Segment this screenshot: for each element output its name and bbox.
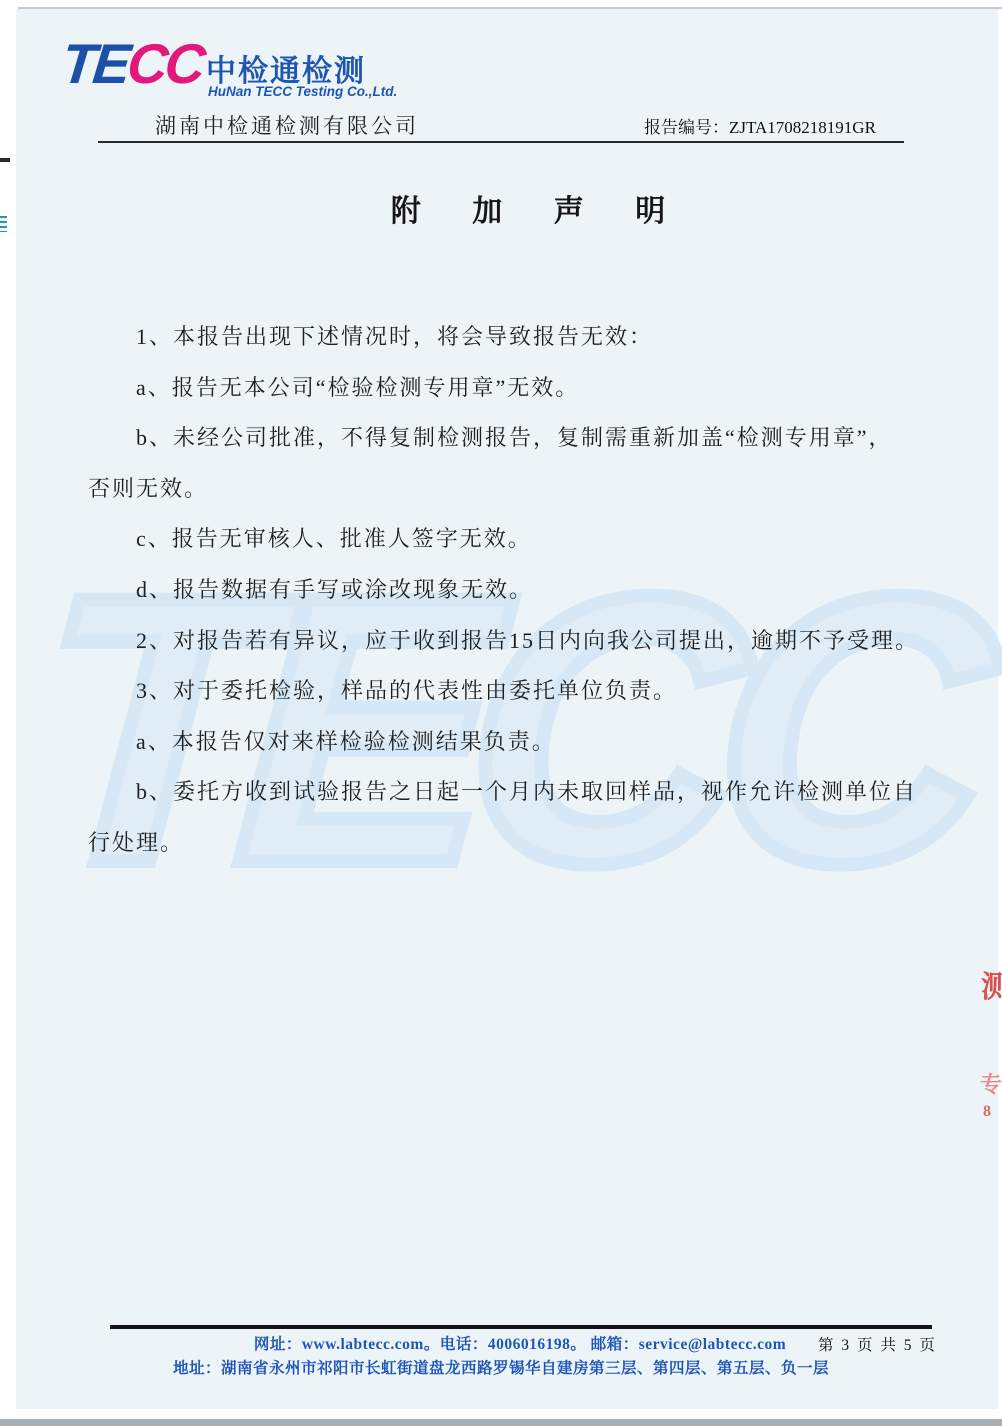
company-logo: TECC 中检通检测 HuNan TECC Testing Co.,Ltd. bbox=[62, 40, 482, 112]
statement-line: d、报告数据有手写或涂改现象无效。 bbox=[88, 565, 942, 616]
statement-line: 2、对报告若有异议，应于收到报告15日内向我公司提出，逾期不予受理。 bbox=[88, 616, 942, 667]
footer-address-line: 地址：湖南省永州市祁阳市长虹街道盘龙西路罗锡华自建房第三层、第四层、第五层、负一… bbox=[0, 1356, 1002, 1378]
statement-line: c、报告无审核人、批准人签字无效。 bbox=[88, 514, 942, 565]
statement-line: b、未经公司批准，不得复制检测报告，复制需重新加盖“检测专用章”， bbox=[88, 413, 942, 464]
page-number: 第 3 页 共 5 页 bbox=[818, 1333, 937, 1355]
statement-line: a、本报告仅对来样检验检测结果负责。 bbox=[88, 717, 942, 768]
scan-left-registration-mark bbox=[0, 216, 7, 232]
edge-stamp-fragment-icon: 测 bbox=[981, 962, 1002, 1006]
statement-line: 1、本报告出现下述情况时，将会导致报告无效： bbox=[88, 312, 942, 363]
statement-body: 1、本报告出现下述情况时，将会导致报告无效： a、报告无本公司“检验检测专用章”… bbox=[88, 312, 942, 869]
report-number: 报告编号：ZJTA1708218191GR bbox=[644, 113, 876, 138]
scan-left-mark bbox=[0, 158, 10, 162]
page-title: 附 加 声 明 bbox=[38, 186, 1002, 230]
statement-line: 3、对于委托检验，样品的代表性由委托单位负责。 bbox=[88, 666, 942, 717]
scan-bottom-edge bbox=[0, 1419, 1002, 1426]
edge-stamp-fragment-icon: 专 bbox=[980, 1068, 1002, 1099]
footer-divider bbox=[110, 1325, 932, 1329]
statement-line: b、委托方收到试验报告之日起一个月内未取回样品，视作允许检测单位自 bbox=[88, 767, 942, 818]
statement-line: a、报告无本公司“检验检测专用章”无效。 bbox=[88, 363, 942, 414]
header-divider bbox=[98, 141, 904, 143]
statement-line: 行处理。 bbox=[88, 818, 942, 869]
logo-te-letters: TE bbox=[59, 32, 131, 95]
footer-contact-line: 网址：www.labtecc.com。电话：4006016198。 邮箱：ser… bbox=[170, 1332, 870, 1354]
logo-cc-letters: CC bbox=[124, 32, 206, 95]
tecc-logo-wordmark: TECC bbox=[59, 36, 205, 92]
company-name-line: 湖南中检通检测有限公司 bbox=[155, 110, 419, 140]
scanned-report-page: TECC TECC 中检通检测 HuNan TECC Testing Co.,L… bbox=[0, 0, 1002, 1426]
scan-top-edge bbox=[18, 7, 1002, 9]
statement-line: 否则无效。 bbox=[88, 464, 942, 515]
edge-stamp-fragment-icon: 8 bbox=[983, 1103, 991, 1121]
logo-english-name: HuNan TECC Testing Co.,Ltd. bbox=[208, 84, 397, 99]
